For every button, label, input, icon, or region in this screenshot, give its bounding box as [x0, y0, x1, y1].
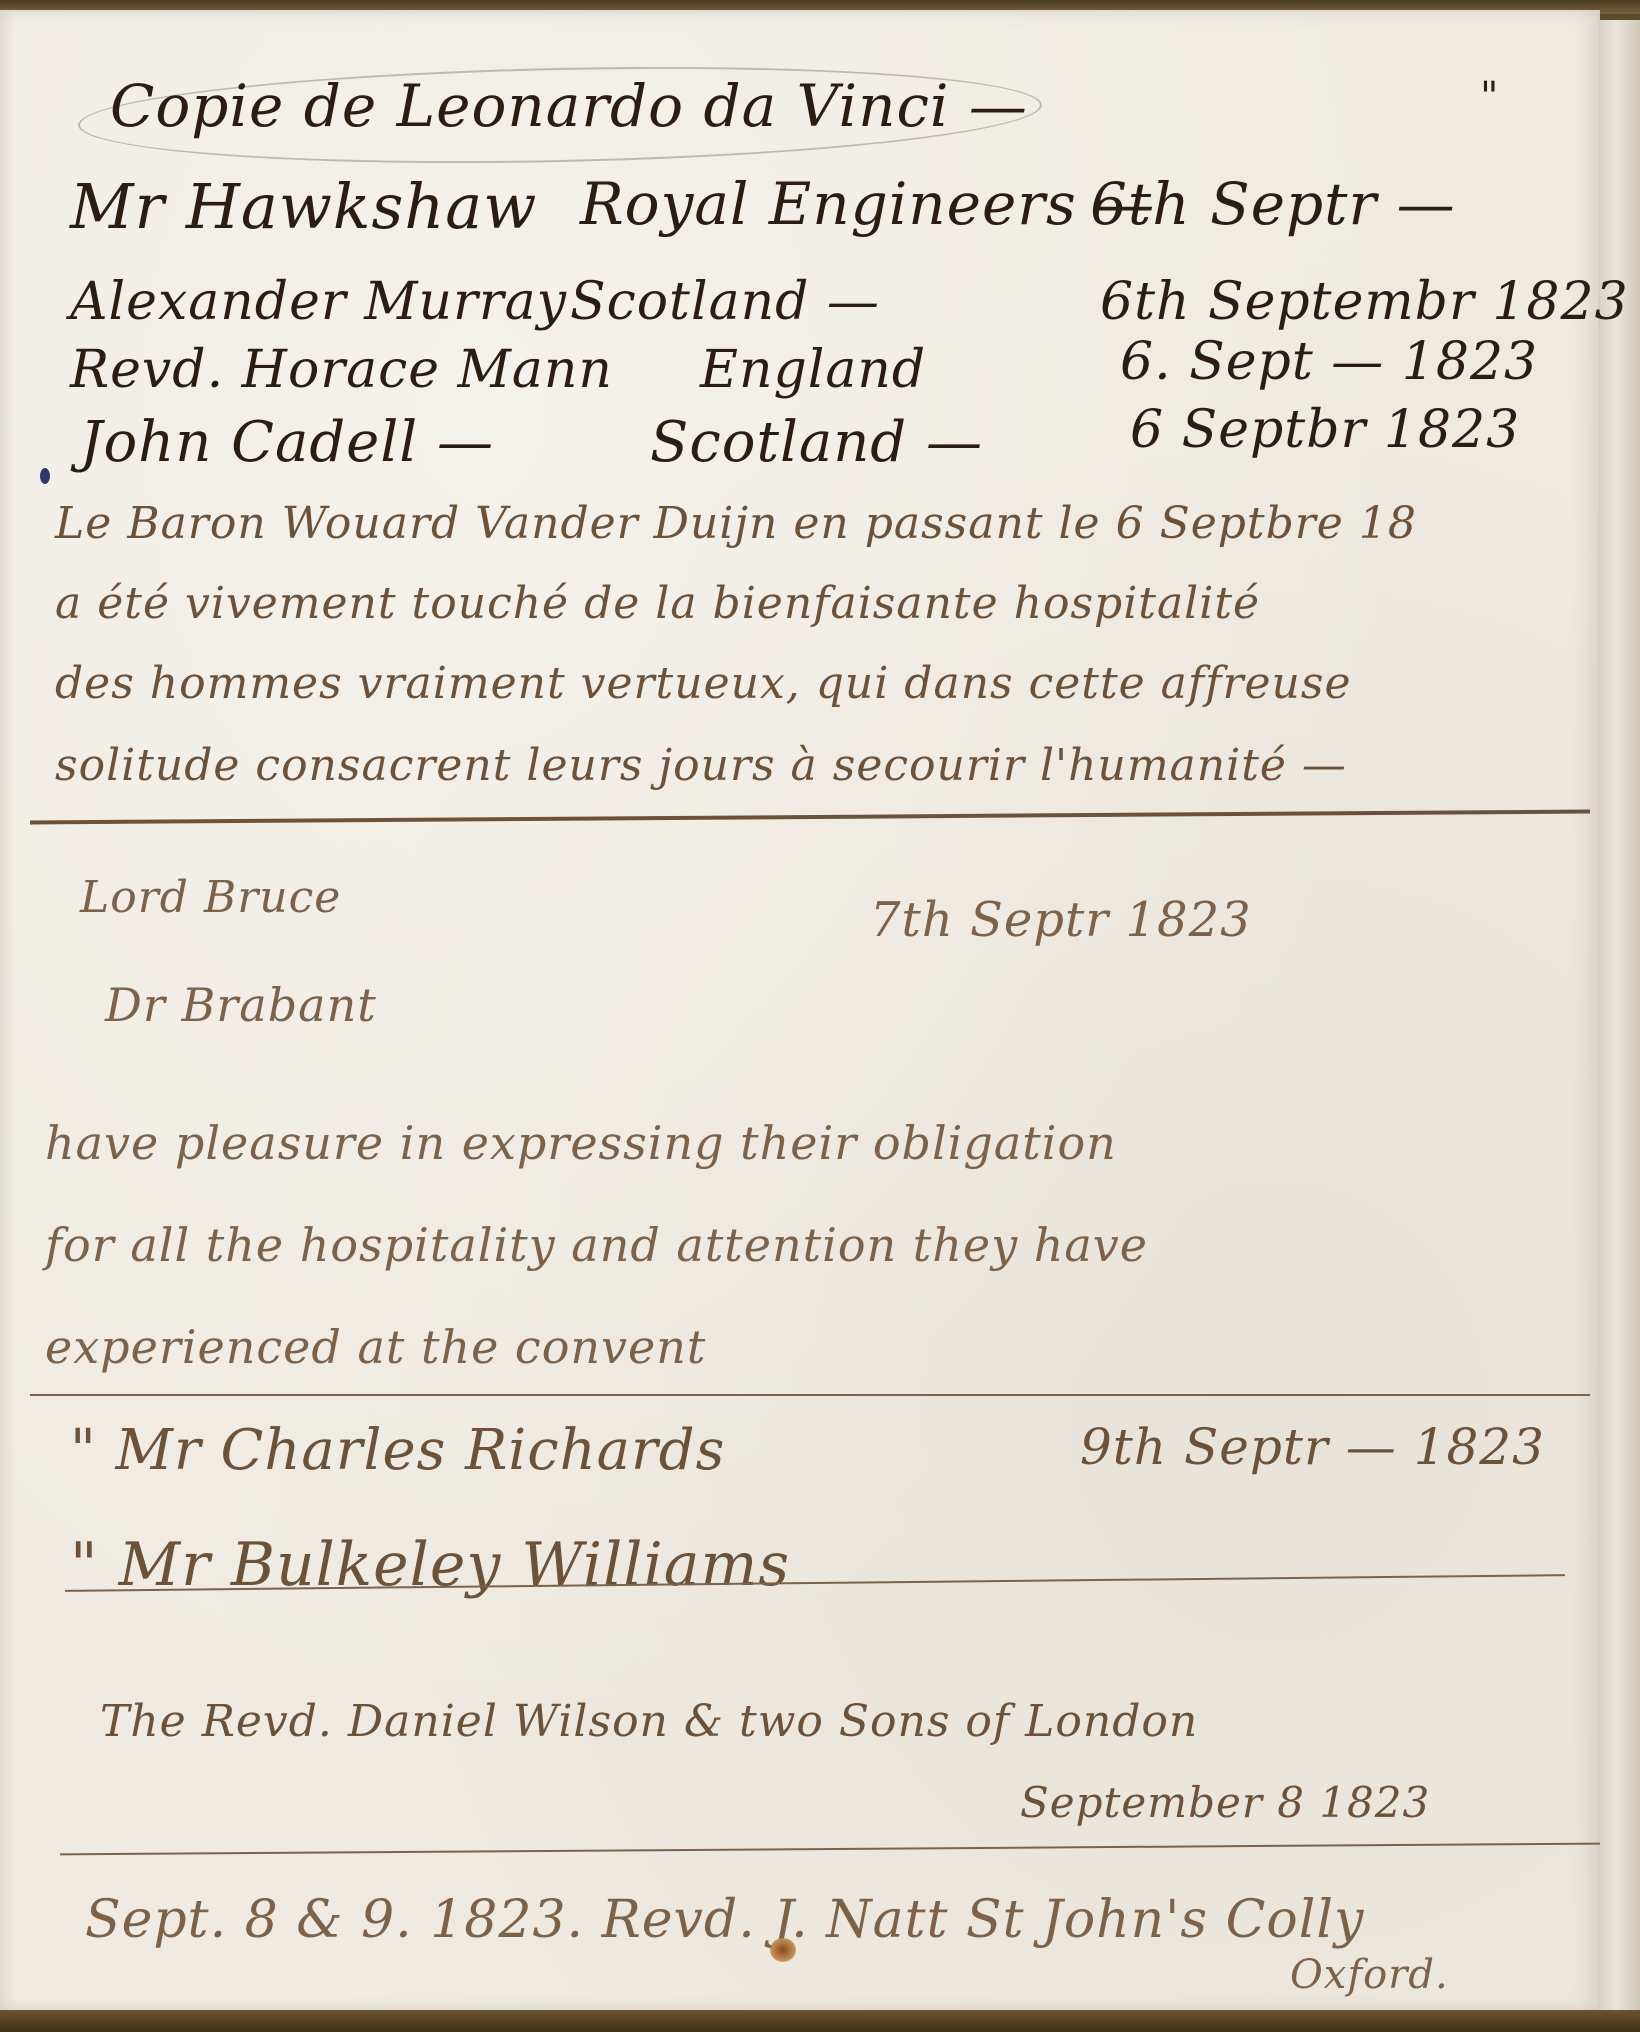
section-divider [60, 1843, 1600, 1856]
entry-name: John Cadell — [80, 410, 494, 475]
ditto-mark: " [1480, 74, 1499, 120]
entry-name: Mr Hawkshaw [70, 170, 537, 243]
ink-mark [40, 468, 50, 484]
page-title: Copie de Leonardo da Vinci — [110, 72, 1028, 140]
entry-date: 6th Septr — [1090, 170, 1456, 238]
french-entry-line: solitude consacrent leurs jours à secour… [55, 740, 1347, 791]
entry-text-line: for all the hospitality and attention th… [45, 1218, 1148, 1272]
entry-name: The Revd. Daniel Wilson & two Sons of Lo… [100, 1696, 1198, 1747]
entry-name: Lord Bruce [80, 872, 341, 923]
section-divider [30, 1394, 1590, 1396]
entry-text-line: have pleasure in expressing their obliga… [45, 1116, 1117, 1170]
foxing-stain [770, 1938, 796, 1962]
french-entry-line: Le Baron Wouard Vander Duijn en passant … [55, 498, 1417, 549]
french-entry-line: a été vivement touché de la bienfaisante… [55, 578, 1260, 629]
entry-origin: Scotland — [650, 410, 983, 475]
entry-place: Oxford. [1290, 1952, 1449, 1998]
entry-origin: Royal Engineers — [580, 170, 1155, 238]
french-entry-line: des hommes vraiment vertueux, qui dans c… [55, 658, 1352, 709]
entry-name: Revd. Horace Mann [70, 340, 613, 400]
entry-date: 9th Septr — 1823 [1080, 1418, 1545, 1476]
manuscript-page: Copie de Leonardo da Vinci — " Mr Hawksh… [0, 10, 1600, 2012]
book-binding-bottom [0, 2010, 1640, 2032]
entry-text-line: experienced at the convent [45, 1320, 706, 1374]
entry-name: " Mr Charles Richards [70, 1418, 725, 1483]
section-divider [30, 810, 1590, 825]
entry-name: Alexander Murray [70, 272, 567, 332]
entry-date: 6 Septbr 1823 [1130, 400, 1520, 460]
entry-date: 6th Septembr 1823 [1100, 272, 1629, 332]
entry-origin: England [700, 340, 926, 400]
entry-name: Dr Brabant [105, 978, 377, 1032]
entry-date: September 8 1823 [1020, 1778, 1430, 1827]
entry-origin: Scotland — [570, 272, 880, 332]
entry-date: 6. Sept — 1823 [1120, 332, 1538, 392]
entry-date: 7th Septr 1823 [870, 892, 1252, 948]
entry-text-line: Sept. 8 & 9. 1823. Revd. J. Natt St John… [85, 1890, 1364, 1950]
